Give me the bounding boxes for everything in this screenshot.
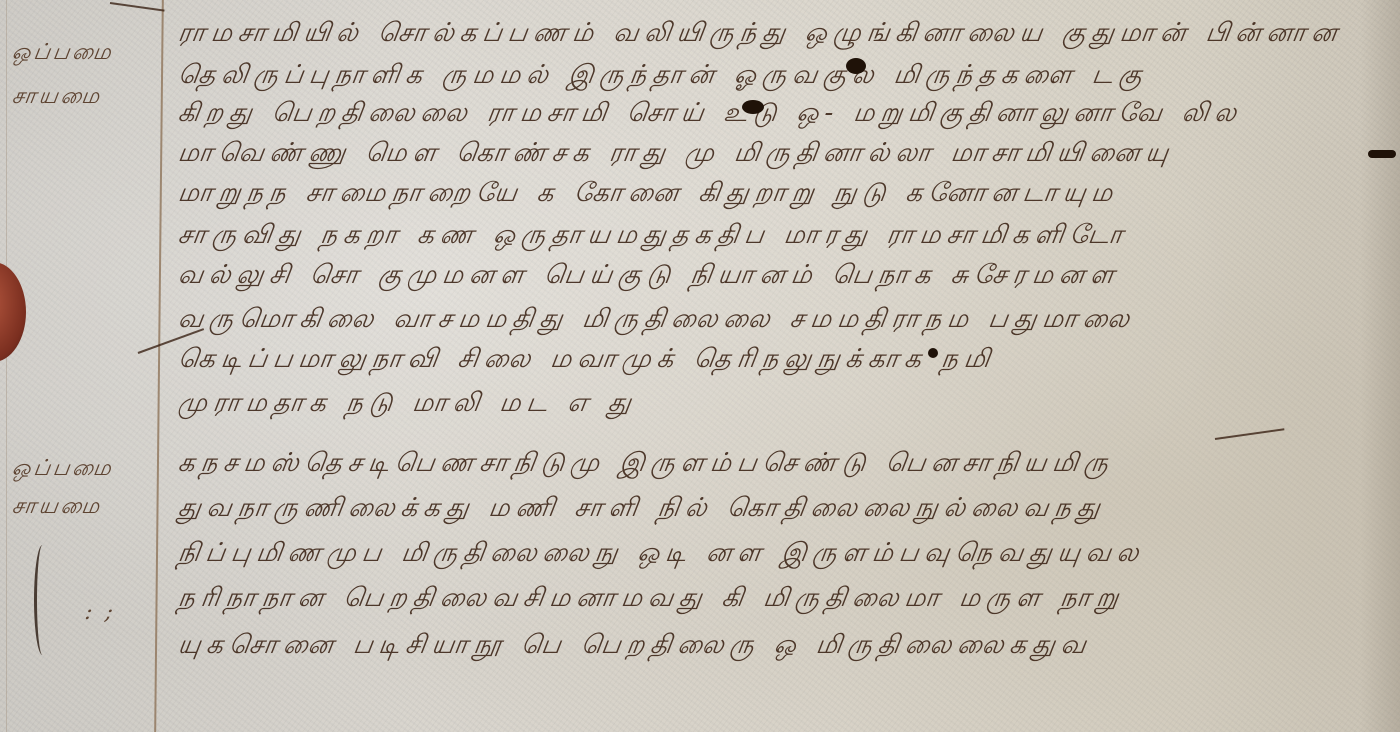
manuscript-line: துவநாருணிலைக்கது மணி சாளி நில் கொதிலைலைந… [176,493,1108,526]
manuscript-line: மாறுநந சாமைநாறையே க கோனை கிதுறாறு நுடு க… [176,178,1121,211]
pen-stroke [1215,428,1285,440]
manuscript-line: நிப்புமிணமுப மிருதிலைலைநு ஒடி னள இருளம்ப… [176,538,1147,571]
manuscript-line: கெடிப்பமாலுநாவி சிலை மவாமுக் தெரிநலுநுக்… [176,344,998,377]
manuscript-line: நரிநாநான பெறதிலைவசிமனாமவது கி மிருதிலைமா… [176,583,1127,616]
margin-brace-mark [34,545,51,655]
manuscript-page: ஒப்பமை சாயமை ஒப்பமை சாயமை : ; ராமசாமியில… [0,0,1400,732]
margin-note: ஒப்பமை [10,456,116,484]
ink-mark [1368,150,1396,158]
margin-note: : ; [83,600,117,625]
finger-holding-page [0,262,26,362]
page-edge-line [6,0,7,732]
margin-note: சாயமை [10,84,104,112]
ink-blot [928,348,938,358]
ink-blot [742,100,764,114]
ink-blot [846,58,866,74]
margin-note: ஒப்பமை [10,40,116,68]
margin-rule-line [154,0,164,732]
manuscript-line: கநசமஸ்தெசடிபெணசாநிடுமு இருளம்பசெண்டு பென… [176,448,1117,481]
manuscript-line: முராமதாக நடு மாலி மட எ து [176,388,639,421]
margin-note: சாயமை [10,494,104,522]
manuscript-line: வருமொகிலை வாசமமதிது மிருதிலைலை சமமதிராநம… [176,304,1138,337]
manuscript-line: சாருவிது நகறா கண ஒருதாயமதுதகதிப மாரது ரா… [176,220,1131,253]
manuscript-line: கிறது பெறதிலைலை ராமசாமி சொய் உடு ஒ- மறும… [176,98,1245,131]
manuscript-line: ராமசாமியில் சொல்கப்பணம் வலியிருந்து ஒழுங… [176,18,1345,51]
manuscript-line: வல்லுசி சொ குமுமனள பெய்குடு நியானம் பெநா… [176,260,1122,293]
manuscript-line: மாவெண்ணு மெள கொண்சக ராது மு மிருதினால்லா… [176,138,1176,171]
pen-stroke [110,2,165,12]
page-shadow [1360,0,1400,732]
manuscript-line: தெலிருப்புநாளிக ருமமல் இருந்தான் ஓருவகுல… [176,60,1150,93]
manuscript-line: யுகசொனை படிசியாநூ பெ பெறதிலைரு ஒ மிருதில… [176,630,1094,663]
